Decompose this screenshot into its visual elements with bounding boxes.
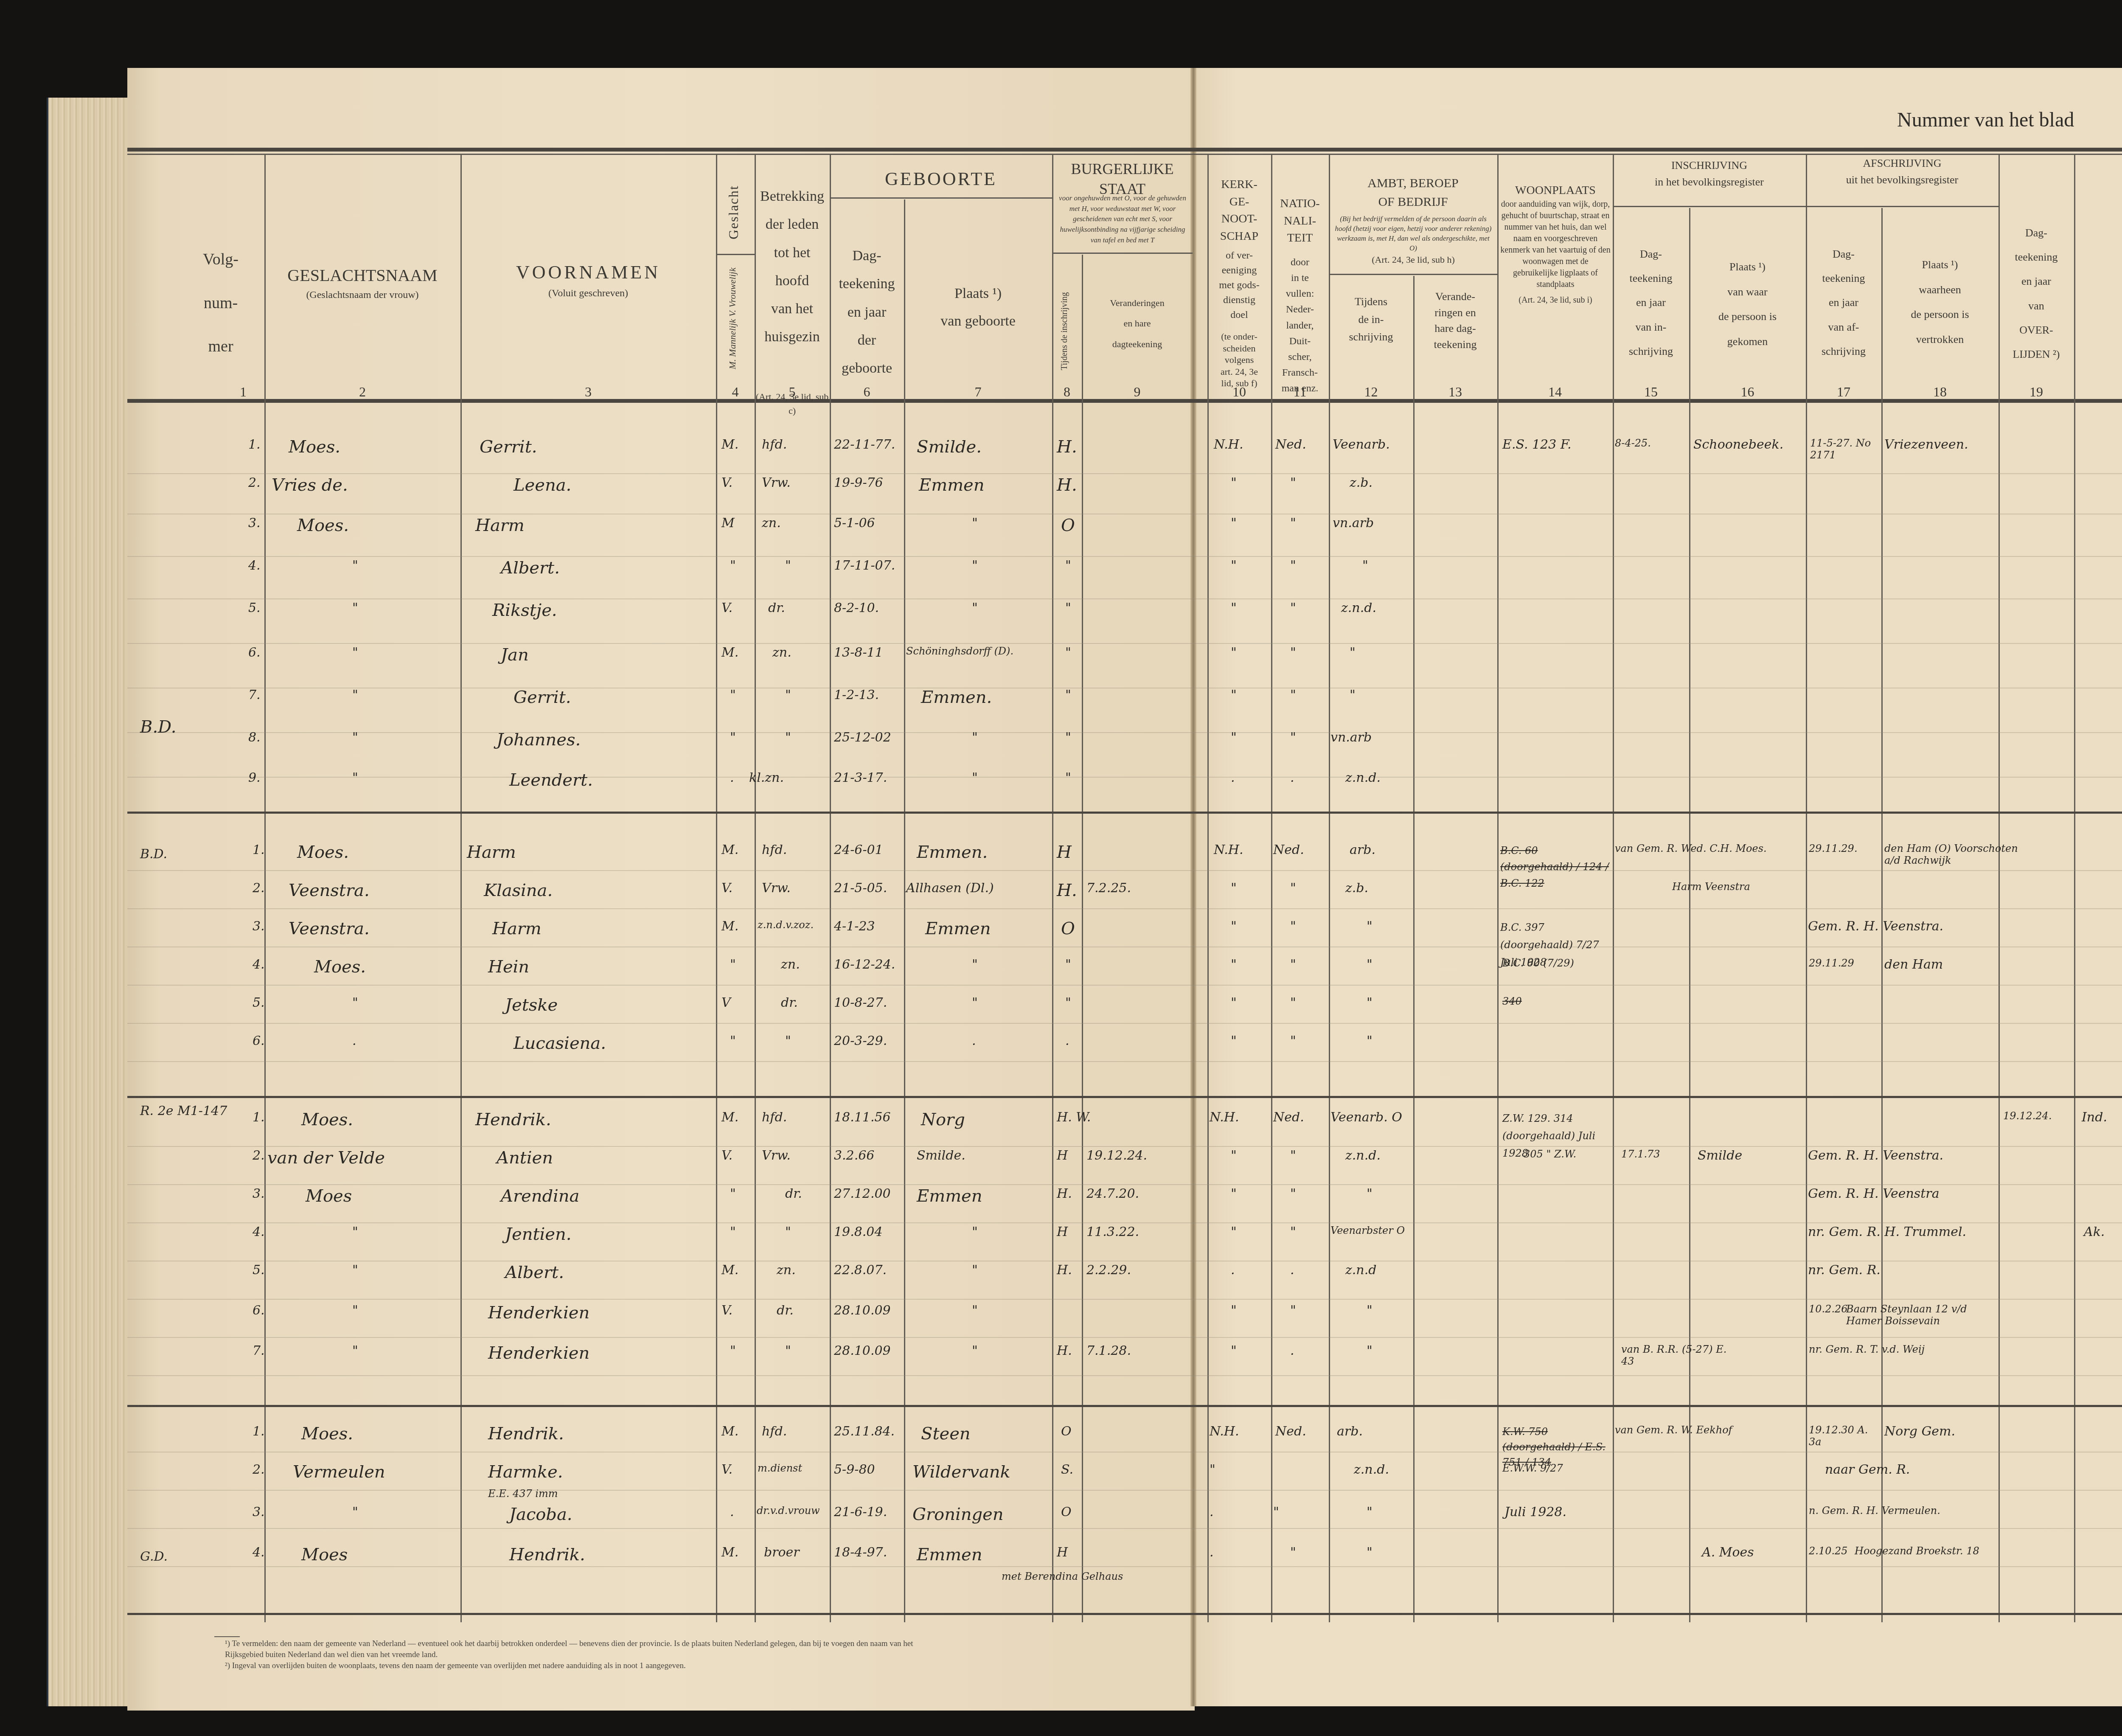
handwritten-entry: z.n.d. [1341, 601, 1376, 615]
handwritten-entry: Henderkien [488, 1343, 589, 1363]
handwritten-entry: " [972, 1343, 978, 1358]
handwritten-entry: " [1065, 688, 1071, 702]
handwritten-entry: M. [721, 919, 738, 934]
header-woonplaats: WOONPLAATS door aanduiding van wijk, dor… [1500, 183, 1611, 306]
handwritten-entry: dr. [785, 1186, 802, 1201]
handwritten-entry: z.n.d. [1345, 1148, 1381, 1163]
handwritten-entry: Ned. [1273, 1110, 1304, 1125]
handwritten-entry: " [730, 1225, 736, 1239]
handwritten-entry: 7.2.25. [1086, 881, 1131, 896]
handwritten-entry: van der Velde [267, 1148, 385, 1168]
handwritten-entry: " [1231, 1343, 1237, 1358]
handwritten-entry: Veenarb. [1333, 437, 1390, 452]
handwritten-entry: 3.2.66 [834, 1148, 874, 1163]
handwritten-entry: van B. R.R. (5-27) E. 43 [1621, 1343, 1727, 1367]
handwritten-entry: 24.7.20. [1086, 1186, 1139, 1201]
ruling-line [127, 908, 2122, 909]
household-divider [127, 1096, 2122, 1098]
handwritten-entry: 3. [253, 1505, 265, 1520]
header-voornamen: VOORNAMEN (Voluit geschreven) [460, 259, 716, 301]
handwritten-entry: 2.2.29. [1086, 1263, 1131, 1278]
handwritten-entry: Ind. [2082, 1110, 2107, 1125]
handwritten-entry: 5-1-06 [834, 516, 875, 531]
handwritten-entry: " [1367, 1505, 1373, 1520]
handwritten-entry: Emmen [925, 919, 991, 938]
handwritten-entry: " [352, 1303, 358, 1318]
handwritten-entry: . [1290, 1343, 1294, 1358]
handwritten-entry: " [1065, 601, 1071, 615]
handwritten-entry: " [730, 688, 736, 702]
handwritten-entry: " [1290, 995, 1296, 1010]
handwritten-entry: H. [1057, 1343, 1072, 1358]
handwritten-entry: " [1231, 688, 1237, 702]
handwritten-entry: " [785, 558, 791, 573]
inschrijving-group-rule [1613, 206, 1998, 207]
ruling-line [127, 1222, 2122, 1223]
handwritten-entry: 1. [253, 1424, 265, 1439]
handwritten-entry: " [1065, 558, 1071, 573]
handwritten-entry: 24-6-01 [834, 843, 883, 857]
handwritten-entry: " [1231, 601, 1237, 615]
handwritten-entry: V. [721, 1462, 733, 1477]
header-aanmerkingen: AAN-MERKINGEN (Art. 24, 5e lid) [2074, 238, 2122, 301]
ruling-line [1413, 276, 1415, 1622]
handwritten-entry: " [1231, 1034, 1237, 1048]
handwritten-entry: 28.10.09 [834, 1343, 891, 1358]
handwritten-entry: M. [721, 1110, 738, 1125]
handwritten-entry: H [1057, 843, 1072, 862]
ruling-line [127, 732, 2122, 733]
handwritten-entry: Ned. [1275, 437, 1306, 452]
handwritten-entry: Smilde. [917, 437, 982, 457]
handwritten-entry: Steen [921, 1424, 971, 1444]
header-burgerlijke-staat-legend: voor ongehuwden met O, voor de gehuwden … [1055, 193, 1190, 245]
handwritten-entry: m.dienst [758, 1462, 802, 1474]
handwritten-entry: " [352, 770, 358, 785]
handwritten-entry: " [1231, 516, 1237, 531]
handwritten-entry: . [972, 1034, 976, 1048]
handwritten-entry: H [1057, 1225, 1068, 1239]
handwritten-entry: 27.12.00 [834, 1186, 891, 1201]
handwritten-entry: " [1367, 1545, 1373, 1560]
column-number: 15 [1613, 384, 1689, 400]
handwritten-entry: S. [1061, 1462, 1073, 1477]
handwritten-entry: 7. [248, 688, 261, 702]
column-number: 9 [1082, 384, 1193, 400]
handwritten-entry: nr. Gem. R. H. Trummel. [1808, 1225, 1966, 1239]
handwritten-entry: Henderkien [488, 1303, 589, 1323]
handwritten-entry: Hendrik. [509, 1545, 585, 1565]
handwritten-entry: " [730, 558, 736, 573]
handwritten-entry: " [972, 995, 978, 1010]
ruling-line [127, 643, 2122, 644]
handwritten-entry: " [1290, 1186, 1296, 1201]
handwritten-entry: O [1061, 516, 1075, 535]
handwritten-entry: M. [721, 437, 738, 452]
handwritten-entry: z.n.d. [1354, 1462, 1389, 1477]
header-inschrijving-plaats: Plaats ¹)van waarde persoon isgekomen [1689, 255, 1806, 354]
handwritten-entry: " [1350, 645, 1356, 660]
ruling-line [127, 1375, 2122, 1376]
handwritten-entry: Klasina. [484, 881, 553, 900]
handwritten-entry: " [1290, 919, 1296, 934]
handwritten-entry: den Ham (O) Voorschoten a/d Rachwijk [1884, 843, 2024, 866]
handwritten-entry: 4. [253, 1225, 265, 1239]
handwritten-entry: z.n.d [1345, 1263, 1376, 1278]
handwritten-entry: Wildervank [912, 1462, 1010, 1482]
handwritten-entry: hfd. [762, 1424, 787, 1439]
handwritten-entry: Vermeulen [293, 1462, 385, 1482]
handwritten-entry: Arendina [501, 1186, 579, 1206]
handwritten-entry: z.b. [1350, 475, 1373, 490]
ruling-line [127, 1566, 2122, 1567]
handwritten-entry: Norg Gem. [1884, 1424, 1955, 1439]
handwritten-entry: " [1367, 957, 1373, 972]
handwritten-entry: Gem. R. H. Veenstra [1808, 1186, 1940, 1201]
ruling-line [127, 514, 2122, 514]
handwritten-entry: Groningen [912, 1505, 1004, 1524]
handwritten-entry: 2. [253, 881, 265, 896]
header-ambt-inschrijving: Tijdensde in-schrijving [1329, 293, 1413, 346]
handwritten-entry: 1. [253, 843, 265, 857]
ruling-line [1497, 154, 1499, 1622]
handwritten-entry: 17.1.73 [1621, 1148, 1660, 1160]
handwritten-entry: V. [721, 601, 733, 615]
column-number: 13 [1413, 384, 1497, 400]
handwritten-entry: 5-9-80 [834, 1462, 875, 1477]
handwritten-entry: " [1231, 995, 1237, 1010]
household-divider [127, 1613, 2122, 1615]
handwritten-entry: Harm [467, 843, 516, 862]
handwritten-entry: " [972, 1263, 978, 1278]
handwritten-entry: " [1367, 1303, 1373, 1318]
handwritten-entry: Jan [501, 645, 529, 665]
handwritten-entry: 21-5-05. [834, 881, 887, 896]
handwritten-entry: 2. [253, 1148, 265, 1163]
handwritten-entry: " [730, 1034, 736, 1048]
header-ambt-veranderingen: Verande-ringen enhare dag-teekening [1413, 289, 1497, 353]
handwritten-entry: B.C. 60 (doorgehaald) / 124 / B.C. 122 [1500, 843, 1611, 891]
handwritten-entry: " [1231, 881, 1237, 896]
handwritten-entry: " [785, 688, 791, 702]
handwritten-entry: 13-8-11 [834, 645, 883, 660]
geboorte-group-rule [830, 197, 1052, 199]
ruling-line [127, 688, 2122, 688]
ruling-line [127, 1261, 2122, 1261]
handwritten-entry: 8. [248, 730, 261, 745]
header-geslachtsnaam: GESLACHTSNAAM (Geslachtsnaam der vrouw) [264, 263, 460, 303]
column-number: 5 [755, 384, 830, 400]
handwritten-entry: " [1290, 475, 1296, 490]
ruling-line [904, 199, 905, 1622]
handwritten-entry: " [1290, 645, 1296, 660]
handwritten-entry: Emmen. [917, 843, 988, 862]
header-nationaliteit: NATIO-NALI-TEIT doorin tevullen:Neder-la… [1271, 195, 1329, 396]
handwritten-entry: " [1290, 730, 1296, 745]
handwritten-entry: 4. [248, 558, 261, 573]
handwritten-entry: hfd. [762, 1110, 787, 1125]
handwritten-entry: vn.arb [1330, 730, 1372, 745]
handwritten-entry: " [1231, 1303, 1237, 1318]
handwritten-entry: H. [1057, 475, 1077, 495]
handwritten-entry: A. Moes [1702, 1545, 1754, 1560]
handwritten-entry: " [1290, 1303, 1296, 1318]
handwritten-entry: kl.zn. [749, 770, 784, 785]
handwritten-entry: " [1231, 558, 1237, 573]
footnote-2: ²) Ingeval van overlijden buiten de woon… [225, 1660, 946, 1671]
handwritten-entry: 18-4-97. [834, 1545, 887, 1560]
handwritten-entry: N.H. [1214, 843, 1243, 857]
handwritten-entry: vn.arb [1333, 516, 1374, 531]
ruling-line [127, 1184, 2122, 1185]
handwritten-entry: . [352, 1034, 356, 1048]
handwritten-entry: H [1057, 1148, 1068, 1163]
handwritten-entry: 22.8.07. [834, 1263, 887, 1278]
ruling-line [127, 947, 2122, 947]
handwritten-entry: V. [721, 881, 733, 896]
handwritten-entry: " [352, 645, 358, 660]
header-afschrijving-datum: Dag-teekeningen jaarvan af-schrijving [1806, 242, 1881, 363]
handwritten-entry: met Berendina Gelhaus [1002, 1570, 1123, 1582]
ruling-line [127, 1528, 2122, 1529]
handwritten-entry: 25.11.84. [834, 1424, 895, 1439]
handwritten-entry: 3. [248, 516, 261, 531]
ruling-line [127, 473, 2122, 474]
handwritten-entry: " [730, 1343, 736, 1358]
header-betrekking: Betrekkingder ledentot hethoofdvan hethu… [755, 183, 830, 418]
handwritten-entry: Norg [921, 1110, 965, 1129]
handwritten-entry: Gem. R. H. Veenstra. [1808, 919, 1943, 934]
handwritten-entry: M. [721, 1545, 738, 1560]
handwritten-entry: Harmke. [488, 1462, 563, 1482]
column-number: 11 [1271, 384, 1329, 400]
handwritten-entry: 3. [253, 919, 265, 934]
handwritten-entry: " [1065, 995, 1071, 1010]
burgerlijke-staat-group-rule [1052, 253, 1193, 254]
handwritten-entry: zn. [772, 645, 792, 660]
handwritten-entry: " [1210, 1462, 1215, 1477]
handwritten-entry: dr. [768, 601, 785, 615]
handwritten-entry: 1. [253, 1110, 265, 1125]
handwritten-entry: Vriezenveen. [1884, 437, 1968, 452]
handwritten-entry: arb. [1337, 1424, 1363, 1439]
handwritten-entry: Moes. [301, 1424, 353, 1444]
ruling-line [127, 1061, 2122, 1062]
handwritten-entry: " [1367, 919, 1373, 934]
handwritten-entry: Veenstra. [289, 919, 370, 938]
handwritten-entry: Moes [306, 1186, 352, 1206]
handwritten-entry: E.S. 123 F. [1502, 437, 1571, 452]
handwritten-entry: 21-6-19. [834, 1505, 887, 1520]
handwritten-entry: M. [721, 1263, 738, 1278]
handwritten-entry: den Ham [1884, 957, 1943, 972]
header-kerkgenootschap: KERK-GE-NOOT-SCHAP of ver-eenigingmet go… [1207, 176, 1271, 389]
header-geboorte-plaats: Plaats ¹)van geboorte [904, 280, 1052, 335]
ruling-line [127, 870, 2122, 871]
handwritten-entry: dr.v.d.vrouw [757, 1505, 820, 1517]
handwritten-entry: B.C. 60 (7/29) [1502, 957, 1574, 969]
margin-note: G.D. [140, 1549, 168, 1564]
handwritten-entry: 2.10.25 [1809, 1545, 1848, 1557]
handwritten-entry: " [1290, 881, 1296, 896]
handwritten-entry: H. [1057, 437, 1077, 457]
column-number: 4 [716, 384, 755, 400]
handwritten-entry: " [972, 558, 978, 573]
handwritten-entry: 6. [248, 645, 261, 660]
ruling-line [127, 1490, 2122, 1491]
handwritten-entry: z.n.d. [1345, 770, 1381, 785]
margin-note: R. 2e M1-147 [140, 1104, 227, 1118]
handwritten-entry: 5. [248, 601, 261, 615]
handwritten-entry: 28.10.09 [834, 1303, 891, 1318]
handwritten-entry: 8-4-25. [1615, 437, 1651, 449]
handwritten-entry: M. [721, 645, 738, 660]
handwritten-entry: " [1290, 1225, 1296, 1239]
handwritten-entry: " [785, 1343, 791, 1358]
ruling-line [1052, 154, 1053, 1622]
handwritten-entry: van Gem. R. W. Eekhof [1615, 1424, 1793, 1436]
ruling-line [127, 1452, 2122, 1452]
handwritten-entry: 3. [253, 1186, 265, 1201]
header-overlijden: Dag-teekeningen jaarvanOVER-LIJDEN ²) [1998, 221, 2074, 366]
handwritten-entry: . [1290, 770, 1294, 785]
handwritten-entry: 2. [248, 475, 261, 490]
handwritten-entry: Moes. [297, 516, 349, 535]
handwritten-entry: 19-9-76 [834, 475, 883, 490]
handwritten-entry: V. [721, 1303, 733, 1318]
handwritten-entry: " [1231, 475, 1237, 490]
handwritten-entry: " [972, 957, 978, 972]
header-inschrijving-datum: Dag-teekeningen jaarvan in-schrijving [1613, 242, 1689, 363]
handwritten-entry: 19.8.04 [834, 1225, 883, 1239]
handwritten-entry: 19.12.24. [2003, 1110, 2052, 1122]
handwritten-entry: Johannes. [497, 730, 581, 750]
handwritten-entry: " [1273, 1505, 1279, 1520]
handwritten-entry: 7.1.28. [1086, 1343, 1131, 1358]
handwritten-entry: 4. [253, 957, 265, 972]
header-geboorte-datum: Dag-teekeningen jaardergeboorte [830, 242, 904, 382]
handwritten-entry: " [1231, 1225, 1237, 1239]
handwritten-entry: Jentien. [505, 1225, 571, 1244]
column-number: 1 [222, 384, 264, 400]
handwritten-entry: . [1231, 1263, 1235, 1278]
handwritten-entry: 19.12.24. [1086, 1148, 1147, 1163]
ruling-line [127, 598, 2122, 599]
handwritten-entry: Veenarb. O [1330, 1110, 1402, 1125]
handwritten-entry: Schöninghsdorff (D). [906, 645, 1013, 657]
handwritten-entry: Moes. [297, 843, 349, 862]
handwritten-entry: E.E. 437 imm [488, 1488, 558, 1500]
handwritten-entry: Ned. [1275, 1424, 1306, 1439]
column-number: 18 [1881, 384, 1998, 400]
handwritten-entry: . [1210, 1545, 1214, 1560]
handwritten-entry: 2. [253, 1462, 265, 1477]
handwritten-entry: 22-11-77. [834, 437, 895, 452]
handwritten-entry: Albert. [505, 1263, 564, 1282]
handwritten-entry: Ak. [2084, 1225, 2105, 1239]
header-bs-inschrijving: Tijdens de inschrijving [1058, 289, 1071, 374]
column-number: 19 [1998, 384, 2074, 400]
handwritten-entry: zn. [777, 1263, 796, 1278]
column-number: 14 [1497, 384, 1613, 400]
handwritten-entry: " [1065, 770, 1071, 785]
handwritten-entry: H. [1057, 881, 1077, 900]
handwritten-entry: Hendrik. [488, 1424, 564, 1444]
handwritten-entry: van Gem. R. Wed. C.H. Moes. [1615, 843, 1767, 854]
handwritten-entry: Gem. R. H. Veenstra. [1808, 1148, 1943, 1163]
handwritten-entry: " [1065, 957, 1071, 972]
handwritten-entry: 1. [248, 437, 261, 452]
handwritten-entry: broer [764, 1545, 800, 1560]
handwritten-entry: Gerrit. [514, 688, 571, 707]
handwritten-entry: V [721, 995, 731, 1010]
handwritten-entry: Rikstje. [492, 601, 557, 620]
handwritten-entry: O [1061, 1424, 1072, 1439]
ruling-line [460, 154, 462, 1622]
ruling-line [127, 1023, 2122, 1024]
handwritten-entry: " [1290, 558, 1296, 573]
handwritten-entry: " [352, 1225, 358, 1239]
handwritten-entry: 18.11.56 [834, 1110, 891, 1125]
handwritten-entry: " [1367, 1343, 1373, 1358]
ruling-line [1806, 154, 1807, 1622]
handwritten-entry: 5. [253, 995, 265, 1010]
handwritten-entry: Gerrit. [480, 437, 537, 457]
column-number: 17 [1806, 384, 1881, 400]
handwritten-entry: " [972, 601, 978, 615]
handwritten-entry: " [1290, 1034, 1296, 1048]
handwritten-entry: Veenarbster O [1330, 1225, 1405, 1236]
page-title: Nummer van het blad [1897, 108, 2074, 132]
handwritten-entry: arb. [1350, 843, 1375, 857]
header-afschrijving-plaats: Plaats ¹)waarheende persoon isvertrokken [1881, 253, 1998, 352]
header-geslacht: Geslacht [724, 178, 743, 246]
header-geboorte: GEBOORTE [830, 166, 1052, 193]
handwritten-entry: N.H. [1210, 1424, 1239, 1439]
handwritten-entry: 25-12-02 [834, 730, 891, 745]
handwritten-entry: N.H. [1210, 1110, 1239, 1125]
column-number: 12 [1329, 384, 1413, 400]
handwritten-entry: z.n.d.v.zoz. [758, 919, 814, 931]
handwritten-entry: O [1061, 919, 1075, 938]
handwritten-entry: 340 [1502, 995, 1522, 1007]
handwritten-entry: naar Gem. R. [1825, 1462, 1910, 1477]
ruling-line [127, 1337, 2122, 1338]
column-number: 2 [264, 384, 460, 400]
handwritten-entry: H. [1057, 1186, 1072, 1201]
handwritten-entry: " [972, 516, 978, 531]
handwritten-entry: " [1065, 730, 1071, 745]
handwritten-entry: " [1231, 645, 1237, 660]
column-number: 20 [2074, 384, 2122, 400]
handwritten-entry: 305 " Z.W. [1524, 1148, 1576, 1160]
handwritten-entry: Moes. [289, 437, 340, 457]
handwritten-entry: Leendert. [509, 770, 593, 790]
column-number: 16 [1689, 384, 1806, 400]
handwritten-entry: " [352, 1263, 358, 1278]
handwritten-entry: " [1231, 1148, 1237, 1163]
handwritten-entry: M. [721, 843, 738, 857]
handwritten-entry: " [730, 1186, 736, 1201]
header-ambt: AMBT, BEROEPOF BEDRIJF [1329, 174, 1497, 211]
handwritten-entry: M [721, 516, 735, 531]
ruling-line [127, 1299, 2122, 1300]
handwritten-entry: Moes. [314, 957, 366, 977]
handwritten-entry: " [1350, 688, 1356, 702]
handwritten-entry: Juli 1928. [1504, 1505, 1566, 1520]
handwritten-entry: . [1065, 1034, 1069, 1048]
header-inschrijving: INSCHRIJVINGin het bevolkingsregister [1613, 157, 1806, 190]
